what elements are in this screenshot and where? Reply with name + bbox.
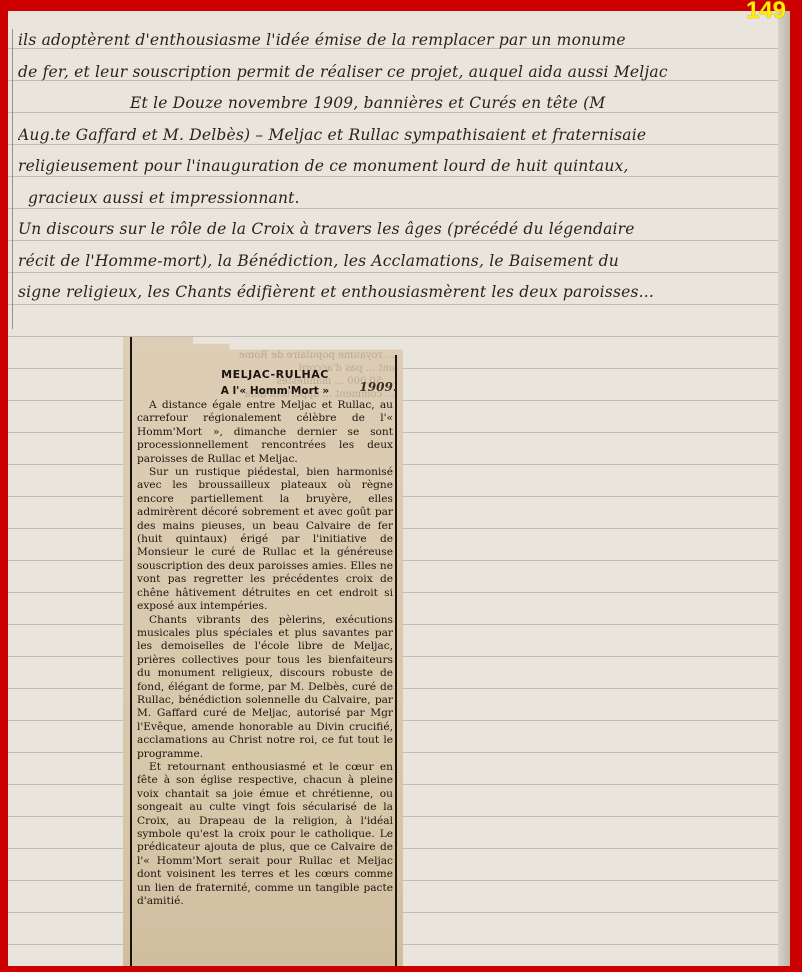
column-rule-left — [130, 337, 132, 966]
notebook-page: ils adoptèrent d'enthousiasme l'idée émi… — [8, 11, 790, 966]
handwritten-date: 1909. — [359, 379, 397, 395]
margin-line — [12, 29, 13, 329]
handwritten-line: signe religieux, les Chants édifièrent e… — [18, 277, 778, 309]
handwritten-line: de fer, et leur souscription permit de r… — [18, 57, 778, 89]
newspaper-clipping: ... royaume populaire de Rome ont ... pa… — [123, 337, 403, 966]
handwritten-line: Aug.te Gaffard et M. Delbès) – Meljac et… — [18, 120, 778, 152]
article-paragraph: Et retournant enthousiasmé et le cœur en… — [137, 761, 393, 908]
handwritten-line: Un discours sur le rôle de la Croix à tr… — [18, 214, 778, 246]
handwritten-line: religieusement pour l'inauguration de ce… — [18, 151, 778, 183]
column-rule-right — [395, 355, 397, 966]
article-subheadline-text: A l'« Homm'Mort » — [221, 385, 329, 397]
handwritten-line: Et le Douze novembre 1909, bannières et … — [18, 88, 778, 120]
article-headline: MELJAC-RULHAC — [157, 367, 393, 383]
handwritten-line: récit de l'Homme-mort), la Bénédiction, … — [18, 246, 778, 278]
handwritten-line: ils adoptèrent d'enthousiasme l'idée émi… — [18, 25, 778, 57]
article-paragraph: A distance égale entre Meljac et Rullac,… — [137, 399, 393, 466]
article-paragraph: Sur un rustique piédestal, bien harmonis… — [137, 466, 393, 613]
handwritten-text: ils adoptèrent d'enthousiasme l'idée émi… — [18, 25, 778, 309]
article-subheadline: A l'« Homm'Mort » 1909. — [157, 383, 393, 399]
article-paragraph: Chants vibrants des pèlerins, exécutions… — [137, 614, 393, 761]
page-edge — [778, 11, 790, 966]
handwritten-line: gracieux aussi et impressionnant. — [18, 183, 778, 215]
page-number: 149 — [746, 0, 786, 25]
article: MELJAC-RULHAC A l'« Homm'Mort » 1909. A … — [137, 367, 393, 908]
